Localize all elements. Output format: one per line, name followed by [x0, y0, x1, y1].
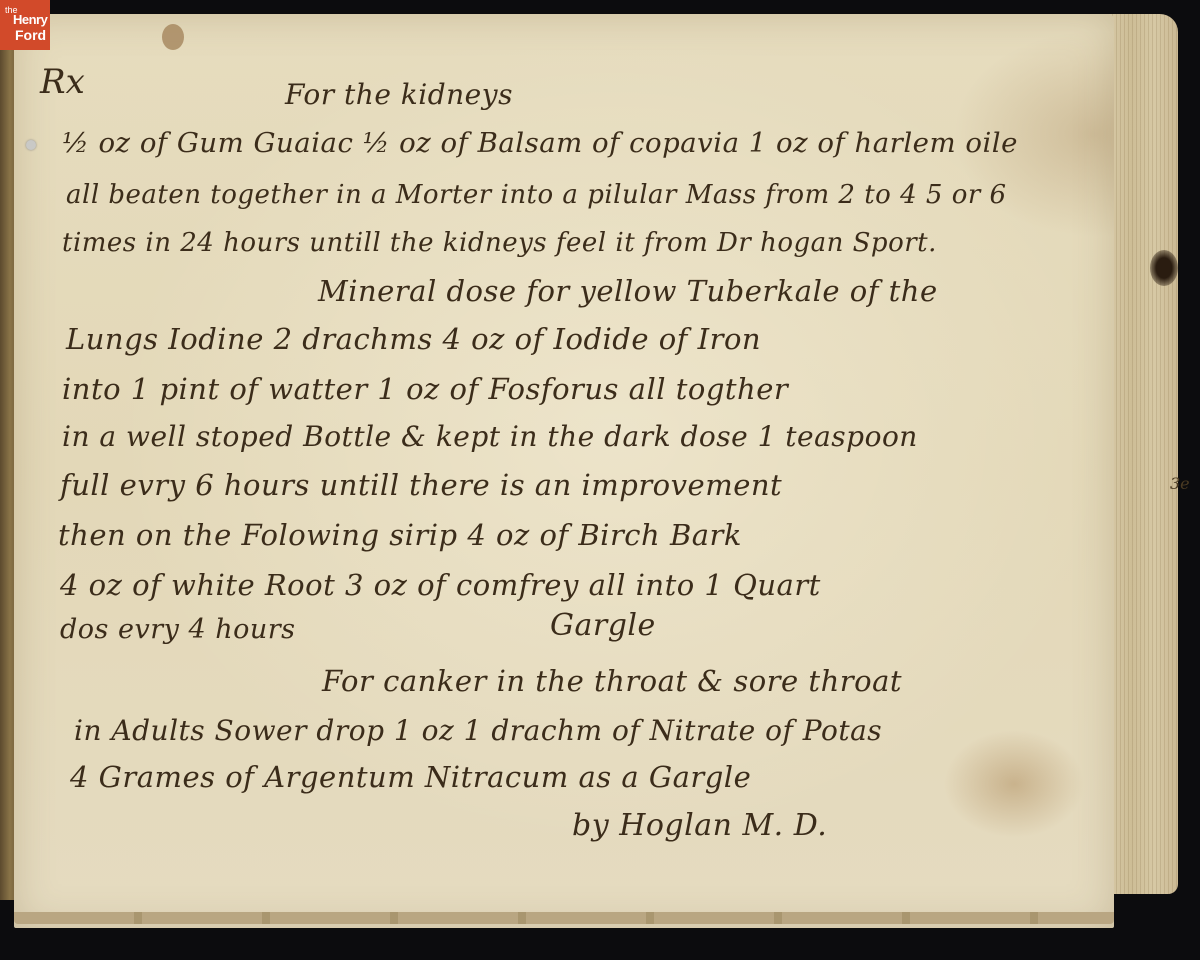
page-bottom-edge [14, 912, 1114, 924]
signature: by Hoglan M. D. [572, 808, 827, 843]
text-line: full evry 6 hours untill there is an imp… [60, 468, 782, 502]
text-line: dos evry 4 hours [60, 614, 296, 645]
heading-kidneys: For the kidneys [285, 78, 513, 111]
text-line: all beaten together in a Morter into a p… [66, 180, 1007, 210]
text-line: times in 24 hours untill the kidneys fee… [62, 228, 937, 258]
text-line: 4 oz of white Root 3 oz of comfrey all i… [60, 568, 821, 602]
text-line: into 1 pint of watter 1 oz of Fosforus a… [62, 372, 788, 406]
heading-mineral-dose: Mineral dose for yellow Tuberkale of the [318, 274, 938, 308]
ink-blot [1150, 250, 1178, 286]
text-line: ½ oz of Gum Guaiac ½ oz of Balsam of cop… [62, 128, 1018, 159]
logo-henry: Henry [13, 13, 47, 26]
text-line: in Adults Sower drop 1 oz 1 drachm of Ni… [74, 714, 882, 747]
pin-hole [26, 140, 36, 150]
henry-ford-logo: the Henry Ford [0, 0, 50, 50]
stain-spot [162, 24, 184, 50]
text-line: in a well stoped Bottle & kept in the da… [62, 420, 918, 453]
margin-note: 3e [1170, 474, 1190, 493]
text-line: Lungs Iodine 2 drachms 4 oz of Iodide of… [66, 322, 761, 356]
rx-symbol: Rx [40, 62, 85, 102]
logo-ford: Ford [15, 28, 46, 42]
text-line: For canker in the throat & sore throat [322, 664, 902, 698]
heading-gargle: Gargle [550, 608, 656, 643]
text-line: then on the Folowing sirip 4 oz of Birch… [58, 518, 742, 552]
text-line: 4 Grames of Argentum Nitracum as a Gargl… [70, 760, 751, 794]
